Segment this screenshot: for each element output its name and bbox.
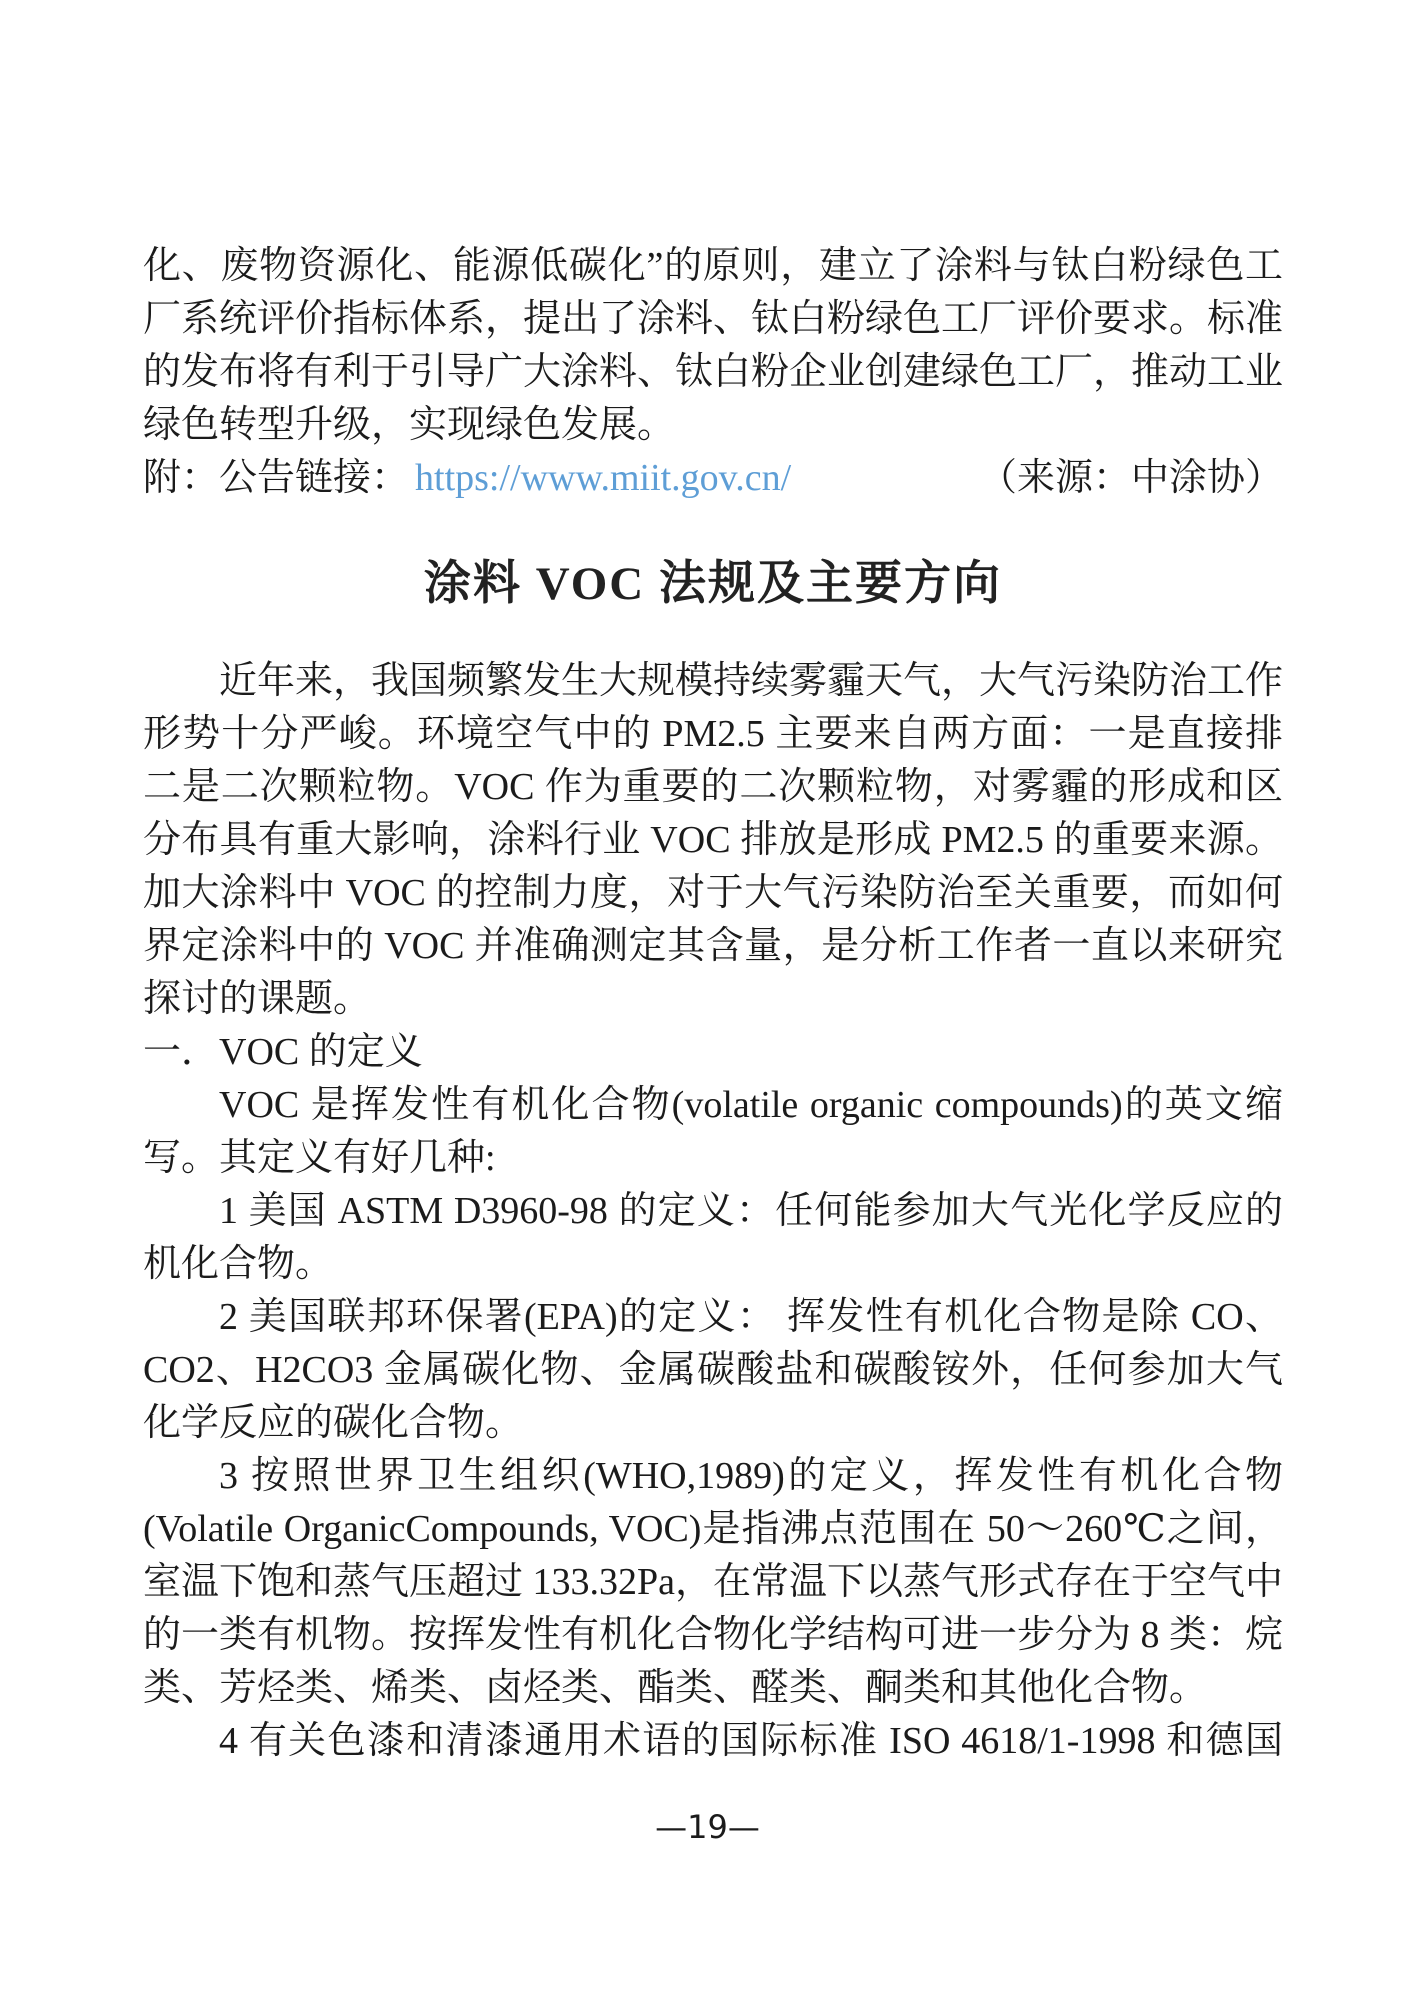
text-line: CO2、H2CO3 金属碳化物、金属碳酸盐和碳酸铵外，任何参加大气光 [143,1344,1283,1397]
text-line: 化学反应的碳化合物。 [143,1397,1283,1450]
section-heading: 一．VOC 的定义 [143,1026,1283,1079]
page-number: —19— [0,1808,1415,1846]
text-line: 近年来，我国频繁发生大规模持续雾霾天气，大气污染防治工作 [143,655,1283,708]
attachment-prefix: 附：公告链接： [143,452,409,505]
text-line: 3 按照世界卫生组织(WHO,1989)的定义，挥发性有机化合物 [143,1450,1283,1503]
carryover-paragraph: 化、废物资源化、能源低碳化”的原则，建立了涂料与钛白粉绿色工厂系统评价指标体系，… [143,240,1283,452]
miit-link[interactable]: https://www.miit.gov.cn/ [415,452,791,505]
article-body: 近年来，我国频繁发生大规模持续雾霾天气，大气污染防治工作形势十分严峻。环境空气中… [143,655,1283,1768]
article-title: 涂料 VOC 法规及主要方向 [143,553,1283,615]
text-line: 厂系统评价指标体系，提出了涂料、钛白粉绿色工厂评价要求。标准 [143,293,1283,346]
text-line: 1 美国 ASTM D3960-98 的定义：任何能参加大气光化学反应的有 [143,1185,1283,1238]
text-line: 类、芳烃类、烯类、卤烃类、酯类、醛类、酮类和其他化合物。 [143,1662,1283,1715]
text-line: VOC 是挥发性有机化合物(volatile organic compounds… [143,1079,1283,1132]
text-line: 二是二次颗粒物。VOC 作为重要的二次颗粒物，对雾霾的形成和区域 [143,761,1283,814]
text-line: 加大涂料中 VOC 的控制力度，对于大气污染防治至关重要，而如何 [143,867,1283,920]
document-page: { "page": { "footer": "—19—", "backgroun… [0,0,1415,2000]
text-line: 4 有关色漆和清漆通用术语的国际标准 ISO 4618/1-1998 和德国 [143,1715,1283,1768]
text-line: 绿色转型升级，实现绿色发展。 [143,399,1283,452]
content-area: 化、废物资源化、能源低碳化”的原则，建立了涂料与钛白粉绿色工厂系统评价指标体系，… [143,240,1283,1768]
attachment-line: 附：公告链接： https://www.miit.gov.cn/ （来源：中涂协… [143,452,1283,505]
text-line: 化、废物资源化、能源低碳化”的原则，建立了涂料与钛白粉绿色工 [143,240,1283,293]
text-line: 分布具有重大影响，涂料行业 VOC 排放是形成 PM2.5 的重要来源。 [143,814,1283,867]
text-line: 探讨的课题。 [143,973,1283,1026]
text-line: 机化合物。 [143,1238,1283,1291]
text-line: 2 美国联邦环保署(EPA)的定义： 挥发性有机化合物是除 CO、 [143,1291,1283,1344]
source-label: （来源：中涂协） [979,452,1283,505]
text-line: 的发布将有利于引导广大涂料、钛白粉企业创建绿色工厂，推动工业 [143,346,1283,399]
text-line: 形势十分严峻。环境空气中的 PM2.5 主要来自两方面：一是直接排放， [143,708,1283,761]
text-line: 的一类有机物。按挥发性有机化合物化学结构可进一步分为 8 类：烷 [143,1609,1283,1662]
text-line: 界定涂料中的 VOC 并准确测定其含量，是分析工作者一直以来研究 [143,920,1283,973]
text-line: 室温下饱和蒸气压超过 133.32Pa，在常温下以蒸气形式存在于空气中 [143,1556,1283,1609]
text-line: 写。其定义有好几种: [143,1132,1283,1185]
text-line: (Volatile OrganicCompounds, VOC)是指沸点范围在 … [143,1503,1283,1556]
